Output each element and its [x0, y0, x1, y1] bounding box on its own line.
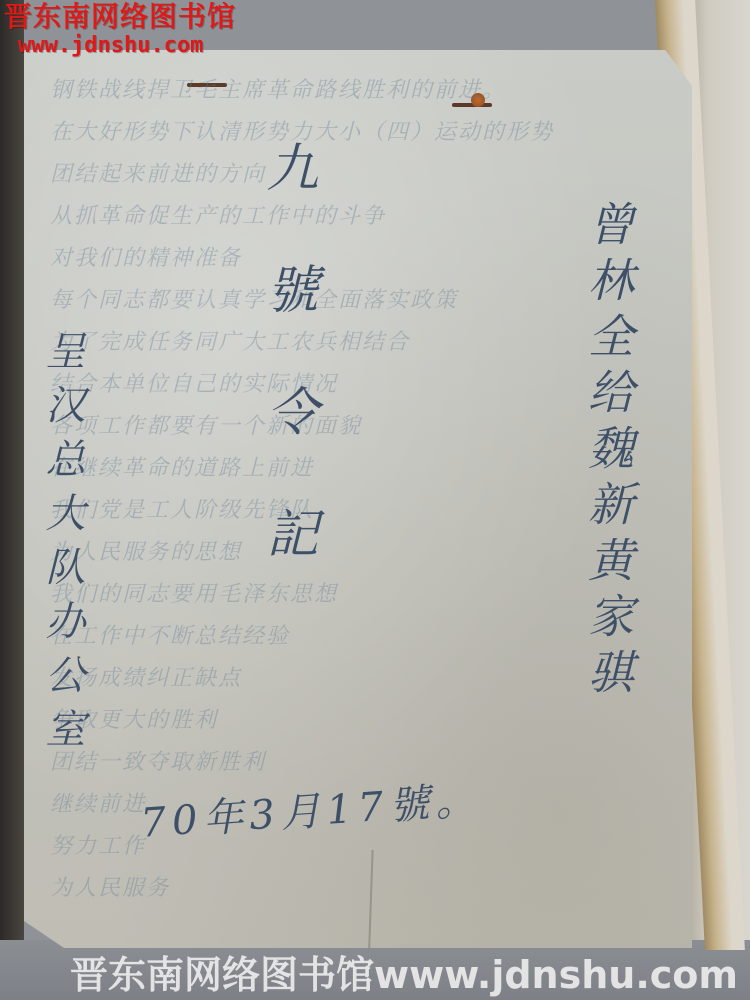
handwriting-recipient: 呈汉总大队办公室 [34, 330, 91, 762]
watermark-url: www.jdnshu.com [4, 34, 236, 58]
watermark-top: 晋东南网络图书馆 www.jdnshu.com [4, 0, 236, 58]
watermark-bottom: 晋东南网络图书馆www.jdnshu.com [70, 950, 738, 1000]
dark-background-left [0, 0, 24, 1000]
faint-line: 争取更大的胜利 [50, 700, 670, 742]
faint-line: 为人民服务 [50, 868, 670, 910]
faint-line: 钢铁战线捍卫毛主席革命路线胜利的前进。 [50, 70, 670, 112]
faint-line: 团结起来前进的方向 [50, 154, 670, 196]
faint-line: 在大好形势下认清形势力大小（四）运动的形势 [50, 112, 670, 154]
handwriting-title: 九號令記 [250, 140, 325, 628]
watermark-title: 晋东南网络图书馆 [4, 0, 236, 34]
handwriting-names: 曾林全给魏新黄家骐 [575, 200, 641, 704]
